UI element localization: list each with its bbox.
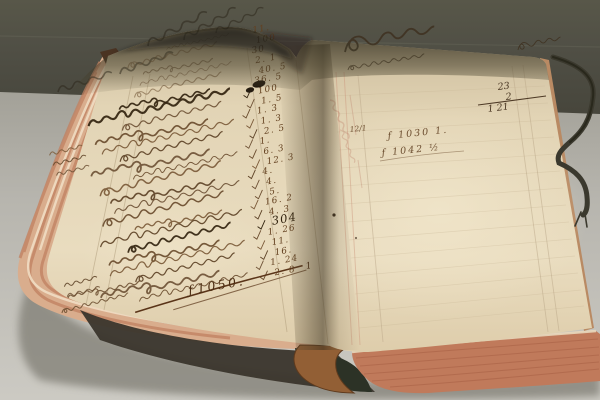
ledger-book: 11.100302. 140. 536. 51001. 51. 31. 32. …: [18, 6, 600, 393]
ink-speck: [355, 237, 357, 239]
note-fraction: 12/1: [349, 123, 367, 134]
museum-ledger-photo: 11.100302. 140. 536. 51001. 51. 31. 32. …: [0, 0, 600, 400]
